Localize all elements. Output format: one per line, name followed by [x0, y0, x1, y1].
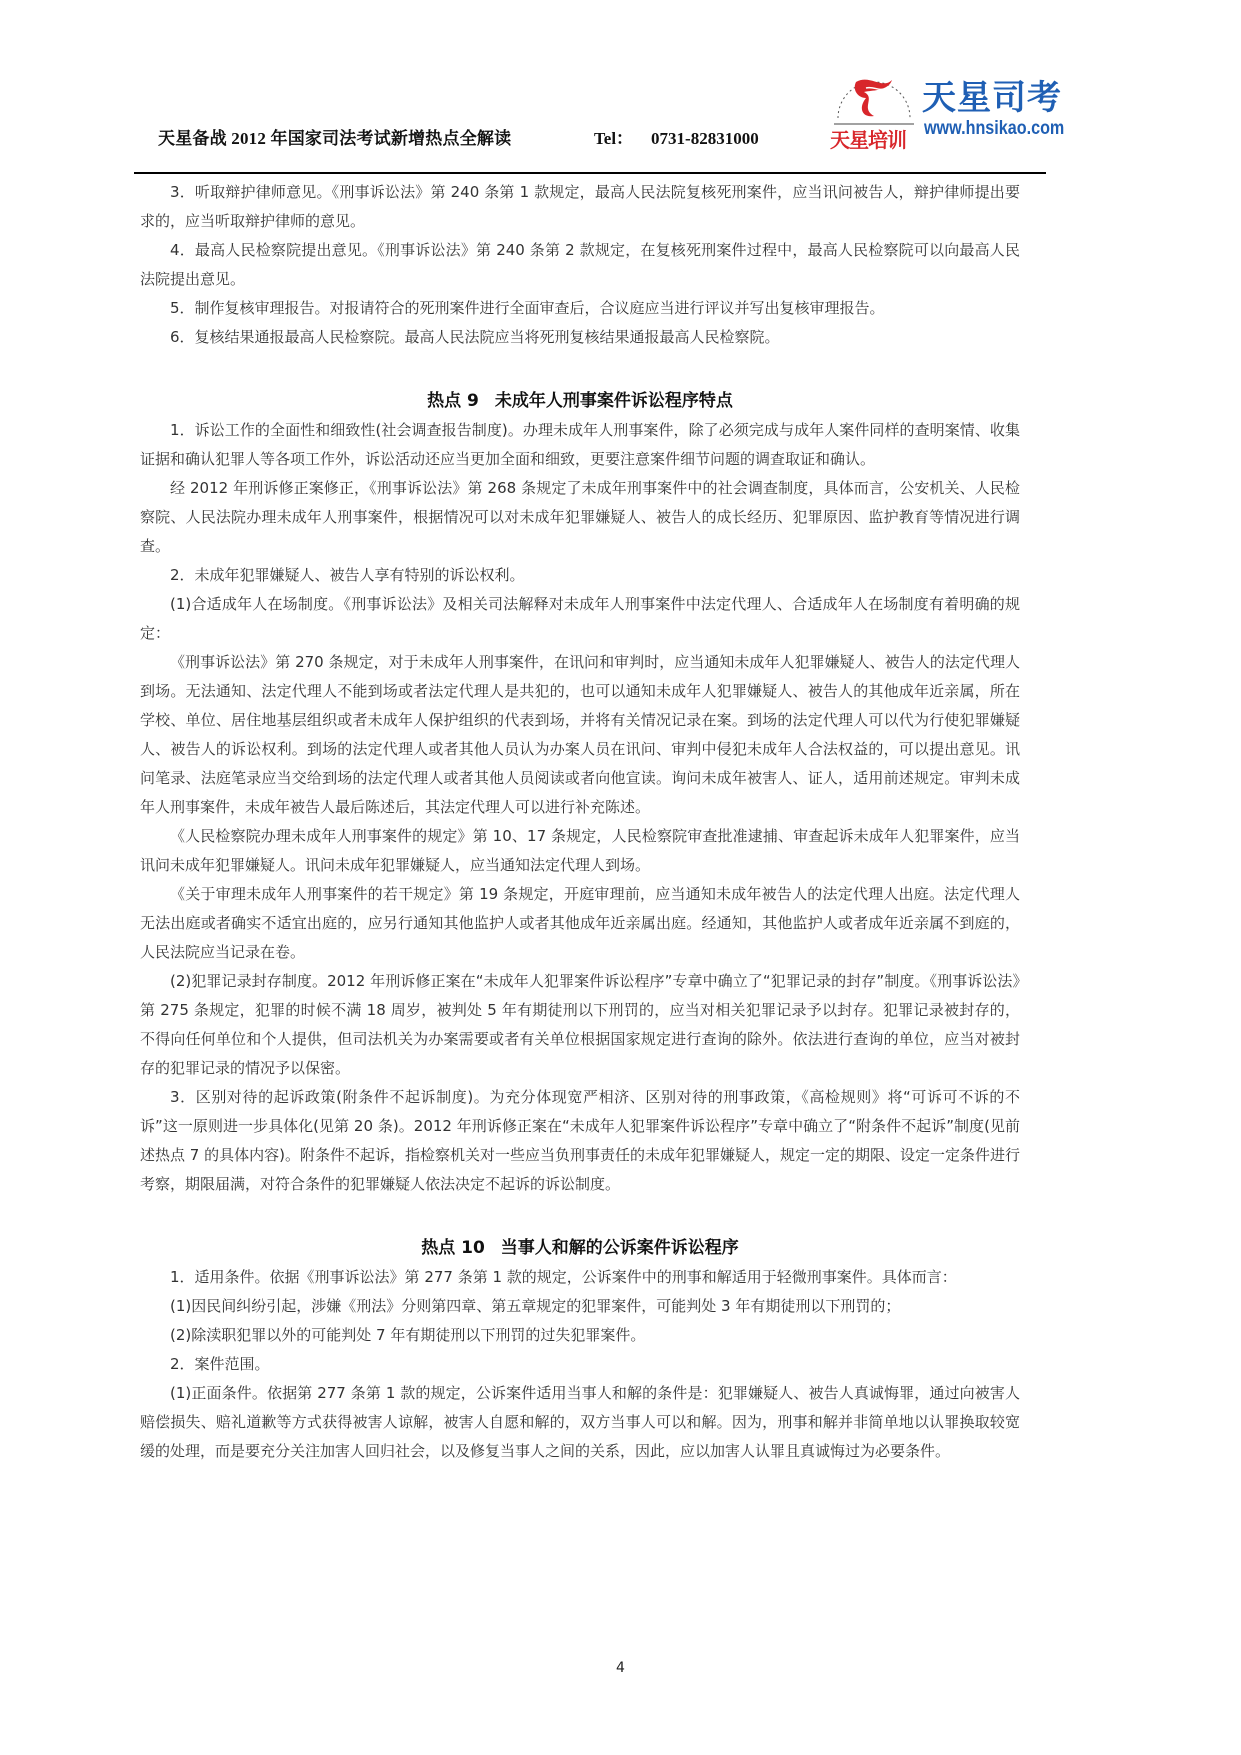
section-title: 当事人和解的公诉案件诉讼程序 [501, 1238, 739, 1258]
paragraph: (2)犯罪记录封存制度。2012 年刑诉修正案在“未成年人犯罪案件诉讼程序”专章… [140, 967, 1020, 1083]
paragraph: 3．区别对待的起诉政策(附条件不起诉制度)。为充分体现宽严相济、区别对待的刑事政… [140, 1083, 1020, 1199]
paragraph: 1．适用条件。依据《刑事诉讼法》第 277 条第 1 款的规定，公诉案件中的刑事… [140, 1263, 1020, 1292]
paragraph: 4．最高人民检察院提出意见。《刑事诉讼法》第 240 条第 2 款规定，在复核死… [140, 236, 1020, 294]
paragraph: 5．制作复核审理报告。对报请符合的死刑案件进行全面审查后，合议庭应当进行评议并写… [140, 294, 1020, 323]
logo-training-text: 天星培训 [830, 124, 906, 153]
section-title: 未成年人刑事案件诉讼程序特点 [495, 391, 733, 411]
paragraph: 经 2012 年刑诉修正案修正，《刑事诉讼法》第 268 条规定了未成年刑事案件… [140, 474, 1020, 561]
paragraph: 《刑事诉讼法》第 270 条规定，对于未成年人刑事案件，在讯问和审判时，应当通知… [140, 648, 1020, 822]
paragraph: (2)除渎职犯罪以外的可能判处 7 年有期徒刑以下刑罚的过失犯罪案件。 [140, 1321, 1020, 1350]
paragraph: (1)合适成年人在场制度。《刑事诉讼法》及相关司法解释对未成年人刑事案件中法定代… [140, 590, 1020, 648]
section-heading-9: 热点 9未成年人刑事案件诉讼程序特点 [140, 386, 1020, 416]
paragraph: 2．案件范围。 [140, 1350, 1020, 1379]
header-telephone: Tel：0731-82831000 [594, 124, 759, 149]
document-body: 3．听取辩护律师意见。《刑事诉讼法》第 240 条第 1 款规定，最高人民法院复… [140, 178, 1020, 1466]
header-title: 天星备战 2012 年国家司法考试新增热点全解读 [158, 124, 511, 149]
page-header: 天星备战 2012 年国家司法考试新增热点全解读 Tel：0731-828310… [134, 60, 1078, 160]
section-number: 热点 10 [421, 1238, 485, 1258]
tianxing-emblem-icon [830, 68, 918, 126]
paragraph: 《关于审理未成年人刑事案件的若干规定》第 19 条规定，开庭审理前，应当通知未成… [140, 880, 1020, 967]
paragraph: 1．诉讼工作的全面性和细致性(社会调查报告制度)。办理未成年人刑事案件，除了必须… [140, 416, 1020, 474]
paragraph: 3．听取辩护律师意见。《刑事诉讼法》第 240 条第 1 款规定，最高人民法院复… [140, 178, 1020, 236]
page-number: 4 [0, 1660, 1241, 1676]
paragraph: 《人民检察院办理未成年人刑事案件的规定》第 10、17 条规定，人民检察院审查批… [140, 822, 1020, 880]
logo-brand-text: 天星司考 [922, 70, 1062, 119]
tel-number: 0731-82831000 [651, 129, 759, 148]
logo-url: www.hnsikao.com [924, 118, 1064, 140]
paragraph: (1)正面条件。依据第 277 条第 1 款的规定，公诉案件适用当事人和解的条件… [140, 1379, 1020, 1466]
header-divider [134, 172, 1046, 174]
paragraph: 6．复核结果通报最高人民检察院。最高人民法院应当将死刑复核结果通报最高人民检察院… [140, 323, 1020, 352]
brand-logo: 天星培训 天星司考 www.hnsikao.com [830, 68, 1080, 148]
paragraph: 2．未成年犯罪嫌疑人、被告人享有特别的诉讼权利。 [140, 561, 1020, 590]
section-number: 热点 9 [427, 391, 479, 411]
paragraph: (1)因民间纠纷引起，涉嫌《刑法》分则第四章、第五章规定的犯罪案件，可能判处 3… [140, 1292, 1020, 1321]
tel-label: Tel： [594, 129, 633, 148]
section-heading-10: 热点 10当事人和解的公诉案件诉讼程序 [140, 1233, 1020, 1263]
